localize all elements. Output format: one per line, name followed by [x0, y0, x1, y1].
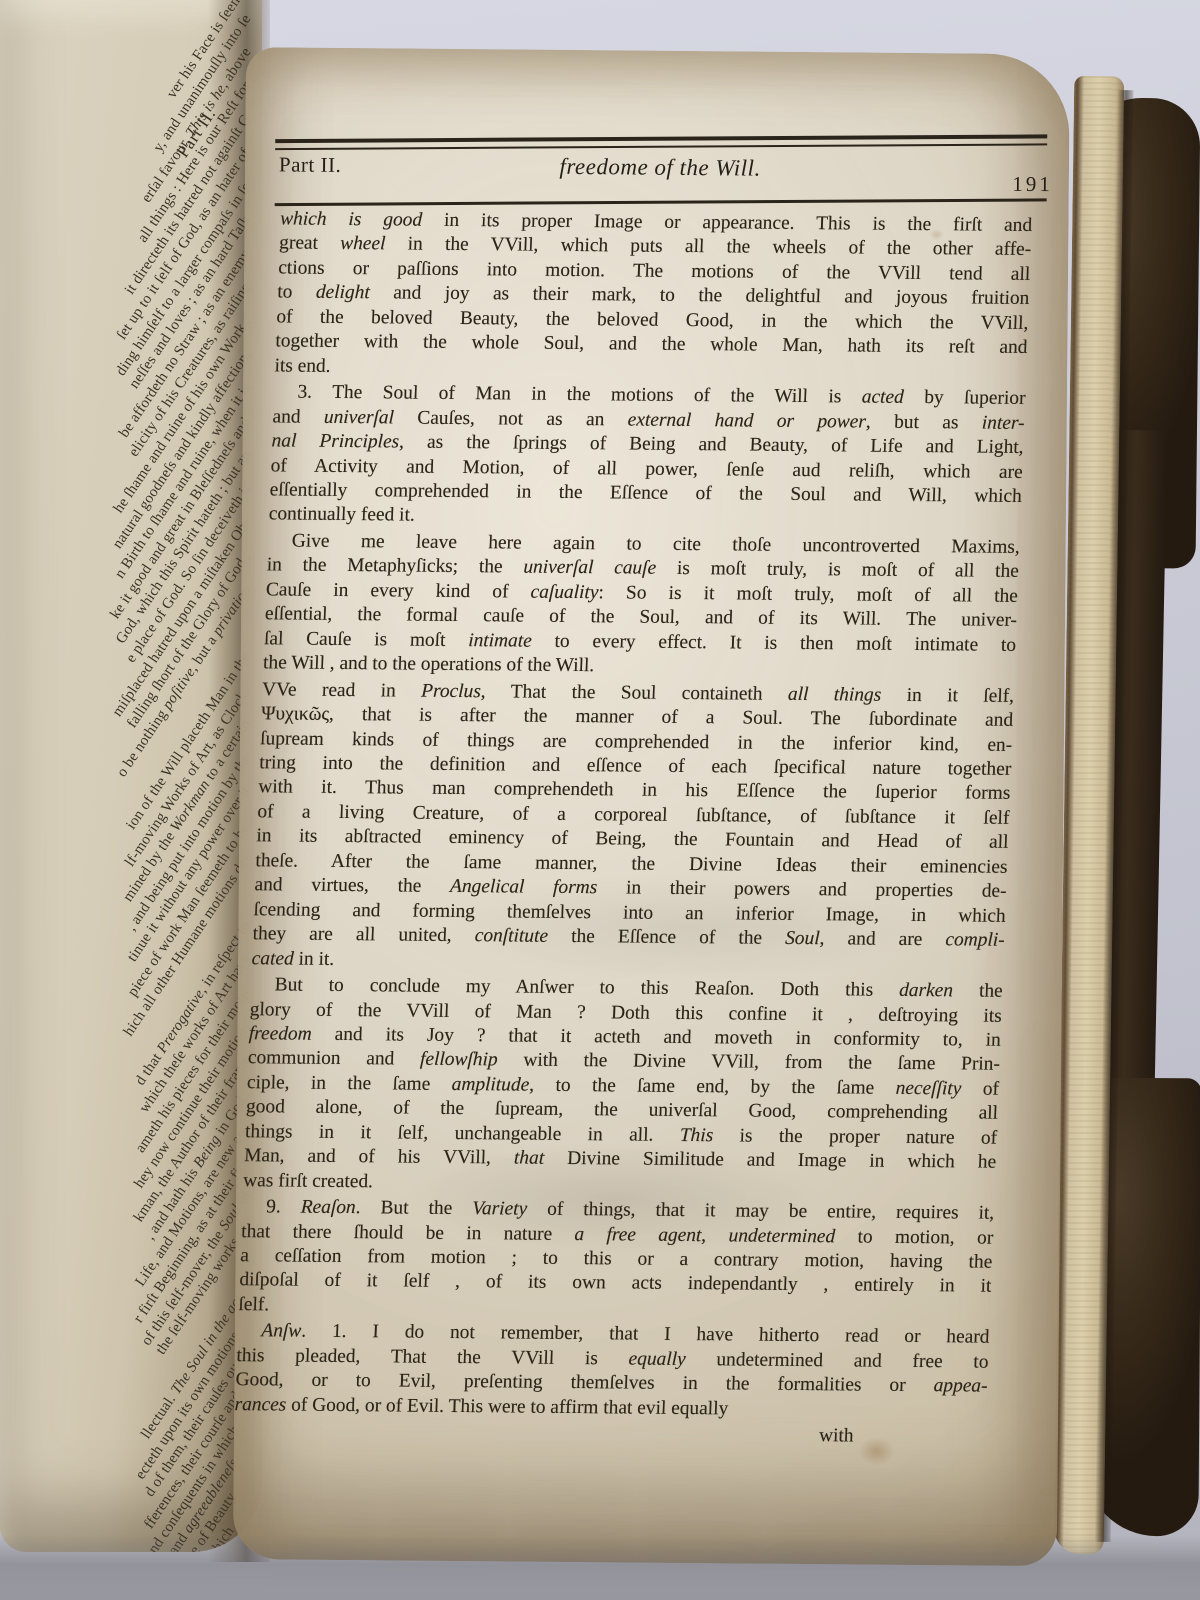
paragraph: 3. The Soul of Man in the motions of the… [268, 381, 1026, 534]
paragraph: Anſw. 1. I do not remember, that I have … [234, 1319, 990, 1423]
header-page-number: 191 [1012, 172, 1053, 197]
paragraph: Give me leave here again to cite thoſe u… [263, 529, 1021, 682]
paragraph: which is good in its proper Image or app… [274, 207, 1033, 385]
table-shadow [0, 1535, 1200, 1600]
paragraph: 9. Reaſon. But the Variety of things, th… [238, 1195, 995, 1324]
paragraph: But to conclude my Anſwer to this Reaſon… [243, 973, 1003, 1200]
catchword: with [233, 1420, 986, 1449]
right-page: Part II. freedome of the Will. 191 which… [233, 47, 1070, 1566]
body-text-column: which is good in its proper Image or app… [233, 207, 1032, 1448]
header-rule-top-thin [275, 143, 1047, 150]
running-header: Part II. freedome of the Will. [279, 151, 979, 183]
book-photo-scene: Part II. ver his Face is ſeen byy, and u… [0, 0, 1200, 1600]
header-part-label: Part II. [279, 152, 342, 178]
paragraph: VVe read in Proclus, That the Soul conta… [251, 678, 1014, 978]
header-rule-top [275, 134, 1047, 143]
header-rule-bottom [275, 198, 1047, 206]
header-running-title: freedome of the Will. [341, 152, 979, 184]
